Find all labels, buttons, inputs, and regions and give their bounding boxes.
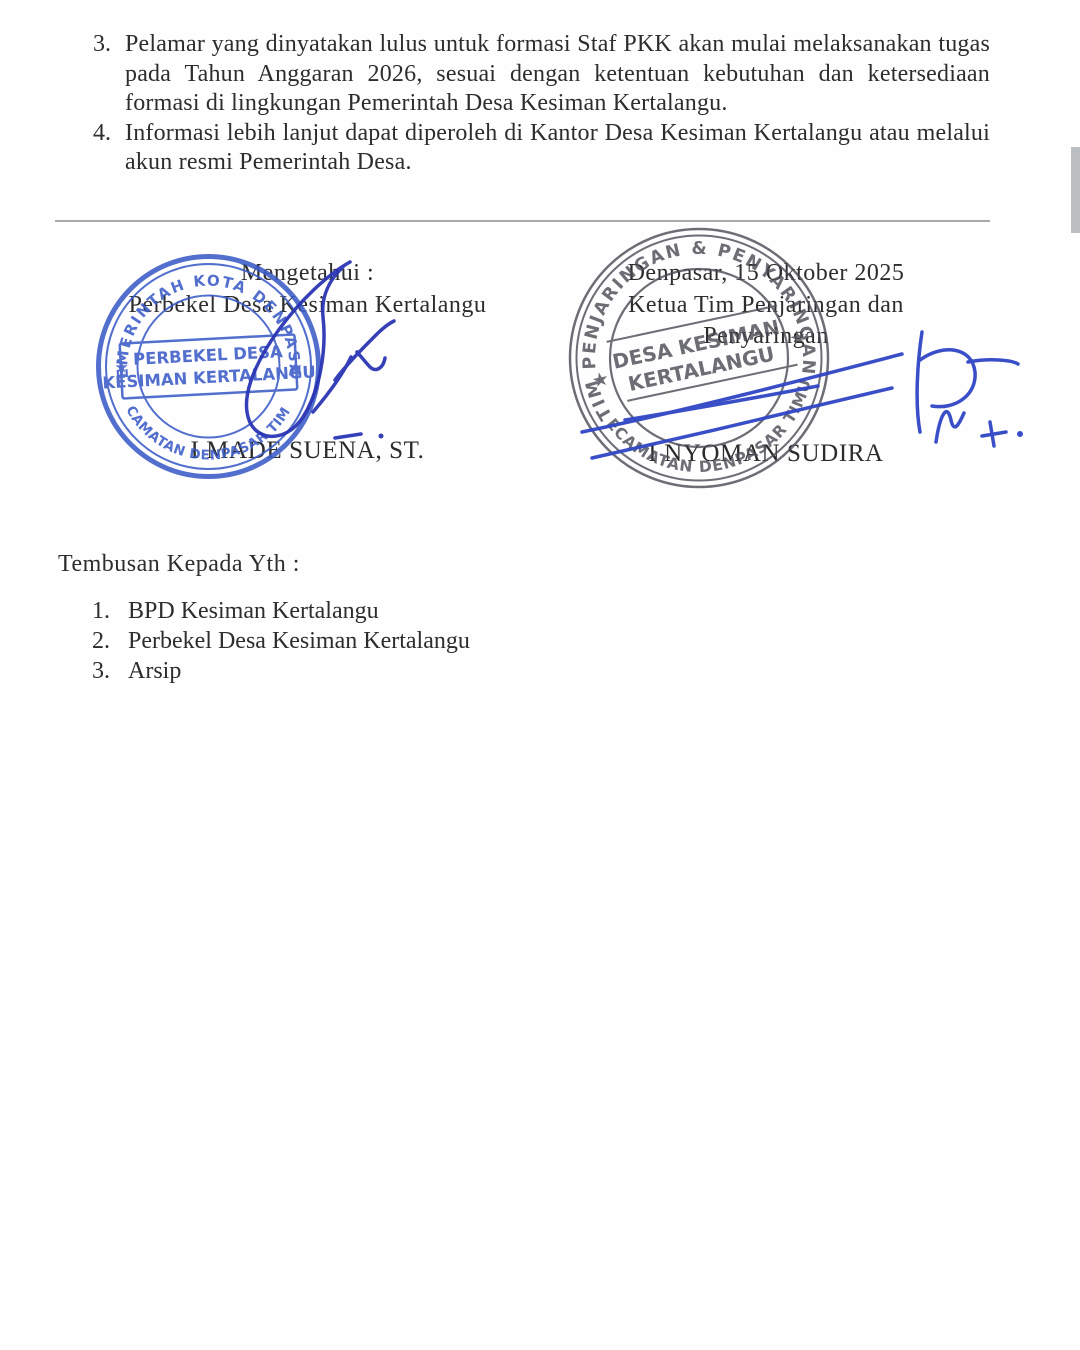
list-item-text: Pelamar yang dinyatakan lulus untuk form… bbox=[125, 30, 990, 119]
numbered-terms-list: 3. Pelamar yang dinyatakan lulus untuk f… bbox=[93, 30, 990, 178]
tembusan-item-number: 1. bbox=[92, 596, 128, 626]
list-item-number: 4. bbox=[93, 119, 125, 178]
list-item-text: Informasi lebih lanjut dapat diperoleh d… bbox=[125, 119, 990, 178]
scanned-document-page: 3. Pelamar yang dinyatakan lulus untuk f… bbox=[0, 0, 1080, 1350]
list-item-number: 3. bbox=[93, 30, 125, 119]
left-signature-ink bbox=[185, 252, 415, 452]
tembusan-item-text: BPD Kesiman Kertalangu bbox=[128, 596, 379, 626]
list-item: 3. Pelamar yang dinyatakan lulus untuk f… bbox=[93, 30, 990, 119]
tembusan-item: 2. Perbekel Desa Kesiman Kertalangu bbox=[92, 626, 470, 656]
scan-edge-artifact bbox=[1071, 147, 1080, 233]
tembusan-heading: Tembusan Kepada Yth : bbox=[58, 551, 300, 578]
tembusan-item-text: Arsip bbox=[128, 656, 181, 686]
tembusan-item: 3. Arsip bbox=[92, 656, 470, 686]
tembusan-item-text: Perbekel Desa Kesiman Kertalangu bbox=[128, 626, 470, 656]
section-divider bbox=[55, 220, 990, 222]
tembusan-list: 1. BPD Kesiman Kertalangu 2. Perbekel De… bbox=[92, 596, 470, 686]
list-item: 4. Informasi lebih lanjut dapat diperole… bbox=[93, 119, 990, 178]
tembusan-item-number: 3. bbox=[92, 656, 128, 686]
right-signature-ink bbox=[570, 330, 1040, 465]
tembusan-item-number: 2. bbox=[92, 626, 128, 656]
tembusan-item: 1. BPD Kesiman Kertalangu bbox=[92, 596, 470, 626]
